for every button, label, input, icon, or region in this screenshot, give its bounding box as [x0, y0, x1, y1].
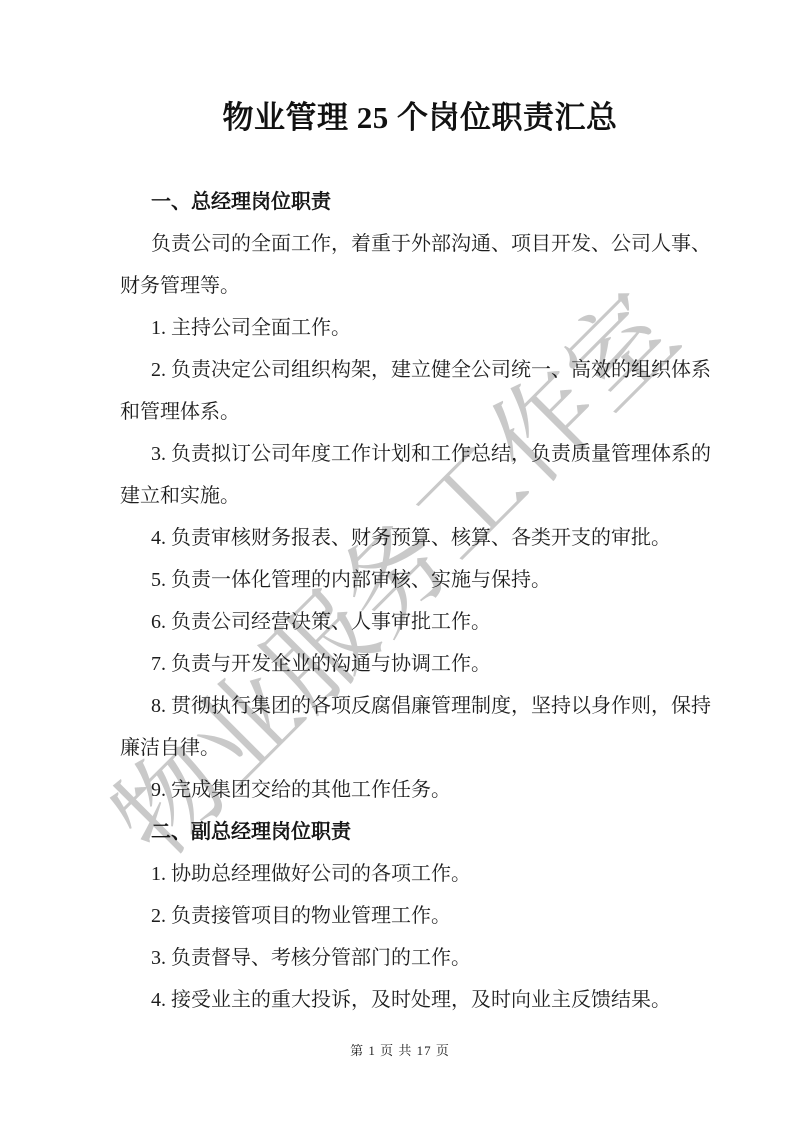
section-1-item-7: 7. 负责与开发企业的沟通与协调工作。 — [120, 643, 720, 685]
section-1-item-4: 4. 负责审核财务报表、财务预算、核算、各类开支的审批。 — [120, 517, 720, 559]
section-1-item-8: 8. 贯彻执行集团的各项反腐倡廉管理制度，坚持以身作则，保持廉洁自律。 — [120, 685, 720, 769]
section-1-item-3: 3. 负责拟订公司年度工作计划和工作总结，负责质量管理体系的建立和实施。 — [120, 433, 720, 517]
section-2-item-3: 3. 负责督导、考核分管部门的工作。 — [120, 937, 720, 979]
section-1-intro: 负责公司的全面工作，着重于外部沟通、项目开发、公司人事、财务管理等。 — [120, 223, 720, 307]
document-page: 物业服务工作室 物业管理 25 个岗位职责汇总 一、总经理岗位职责 负责公司的全… — [0, 0, 800, 1131]
section-2-item-2: 2. 负责接管项目的物业管理工作。 — [120, 895, 720, 937]
document-title: 物业管理 25 个岗位职责汇总 — [120, 97, 720, 139]
section-1-item-5: 5. 负责一体化管理的内部审核、实施与保持。 — [120, 559, 720, 601]
section-1-item-9: 9. 完成集团交给的其他工作任务。 — [120, 769, 720, 811]
page-number-footer: 第 1 页 共 17 页 — [0, 1043, 800, 1059]
section-2-heading: 二、副总经理岗位职责 — [120, 811, 720, 853]
section-2-item-4: 4. 接受业主的重大投诉，及时处理，及时向业主反馈结果。 — [120, 979, 720, 1021]
section-1-item-6: 6. 负责公司经营决策、人事审批工作。 — [120, 601, 720, 643]
section-1-item-1: 1. 主持公司全面工作。 — [120, 307, 720, 349]
document-content: 物业管理 25 个岗位职责汇总 一、总经理岗位职责 负责公司的全面工作，着重于外… — [120, 0, 720, 1021]
section-2-item-1: 1. 协助总经理做好公司的各项工作。 — [120, 853, 720, 895]
section-1-item-2: 2. 负责决定公司组织构架，建立健全公司统一、高效的组织体系和管理体系。 — [120, 349, 720, 433]
section-1-heading: 一、总经理岗位职责 — [120, 181, 720, 223]
